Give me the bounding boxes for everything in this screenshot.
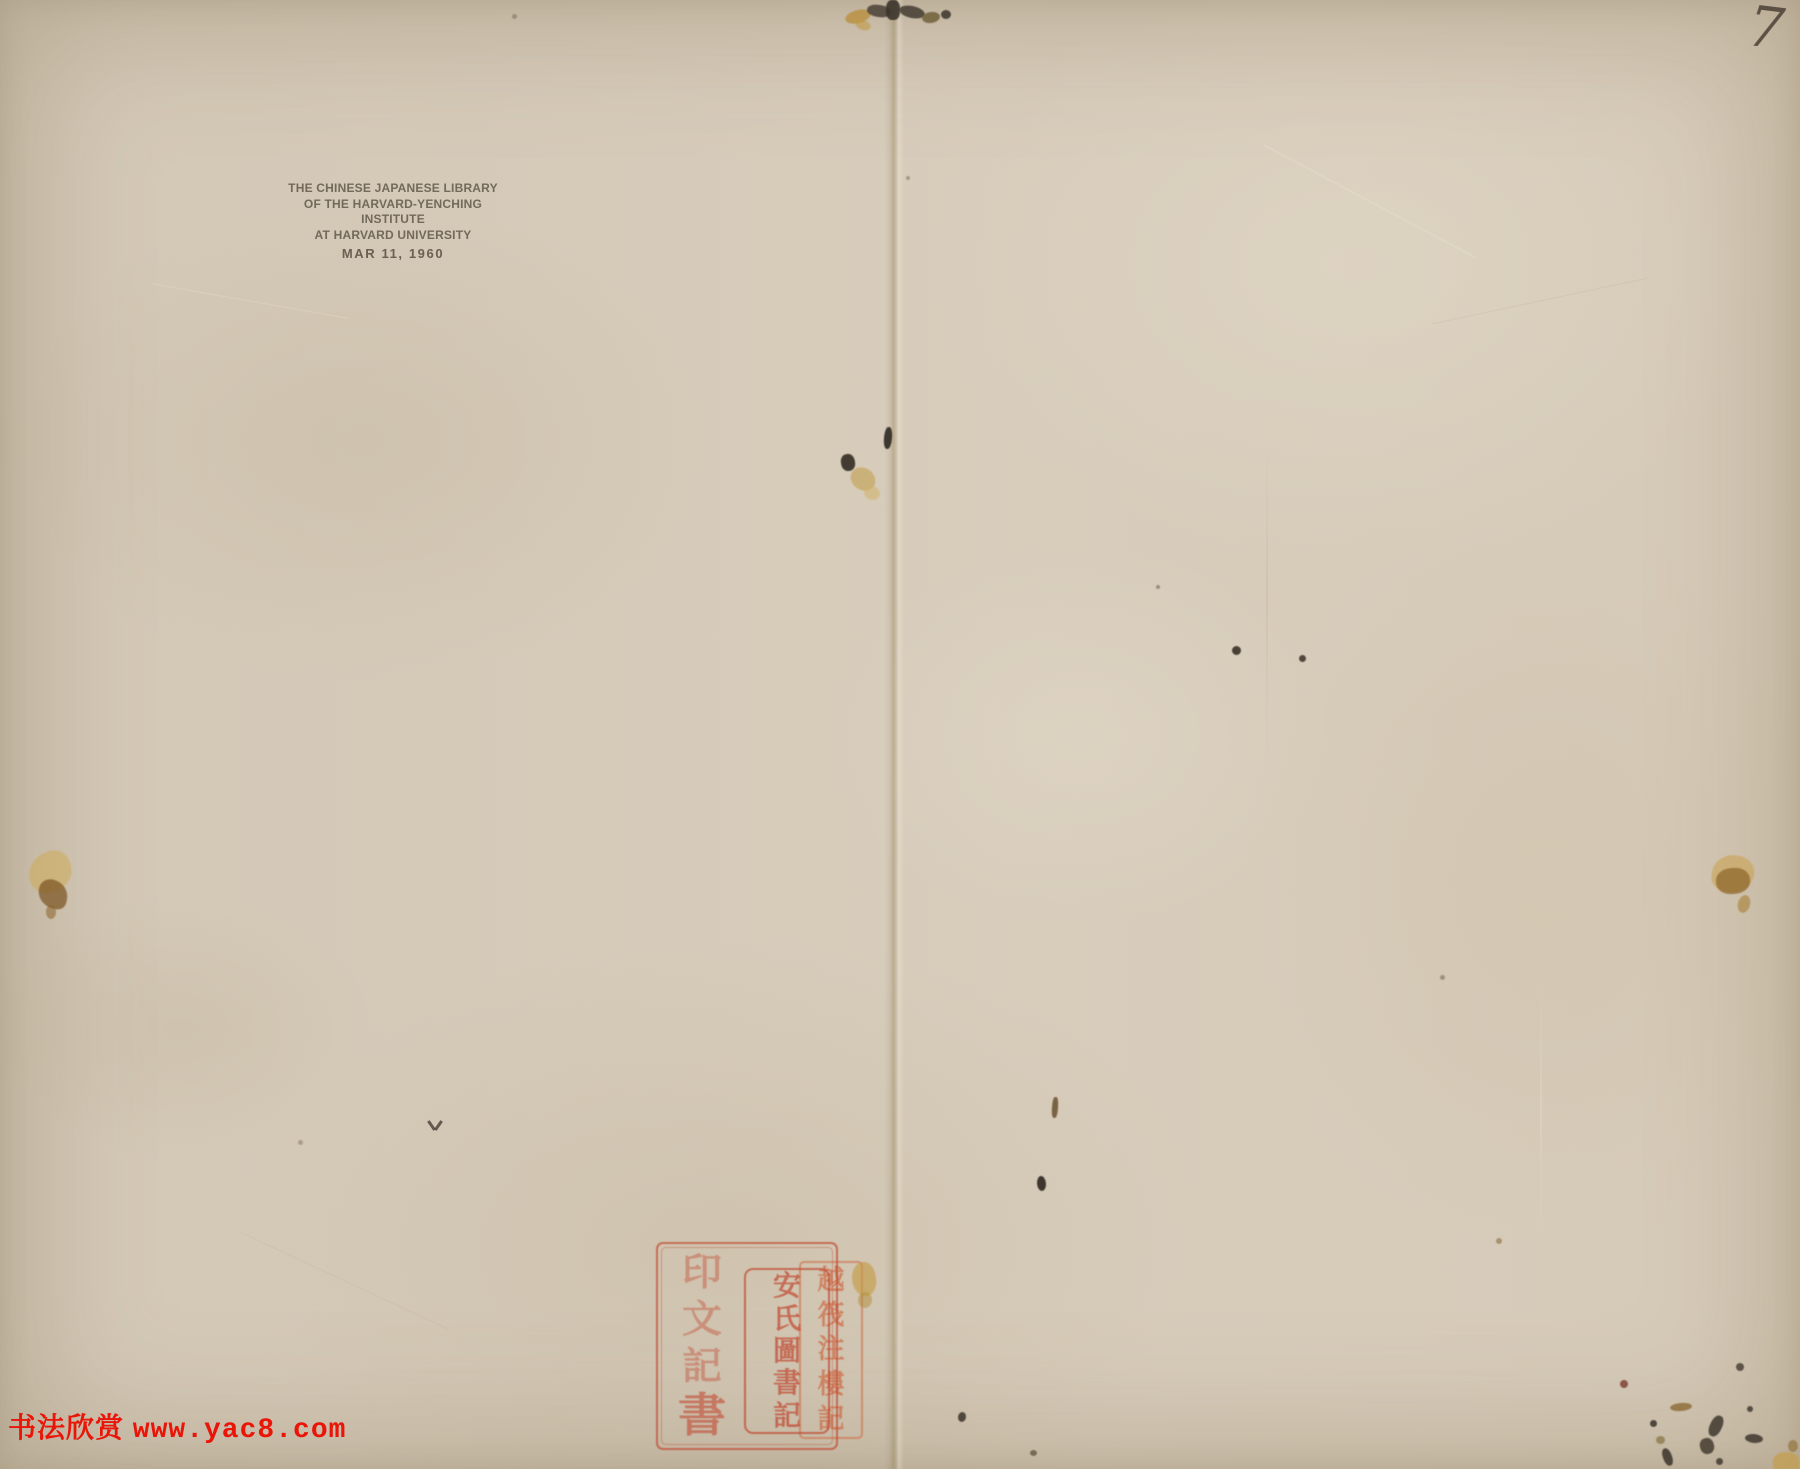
paper-stain [1496, 1238, 1502, 1244]
paper-stain [854, 18, 872, 33]
paper-stain [1715, 867, 1751, 896]
seal-character: 圖 [773, 1336, 801, 1366]
seal-character: 氏 [773, 1304, 801, 1334]
paper-stain [1670, 1402, 1693, 1412]
paper-stain [1620, 1380, 1628, 1388]
paper-stain [1051, 1097, 1058, 1118]
paper-stain [35, 877, 71, 912]
stamp-line-1: THE CHINESE JAPANESE LIBRARY [281, 181, 505, 197]
paper-stain [1656, 1436, 1665, 1444]
paper-stain [921, 11, 940, 24]
paper-stain [1156, 585, 1160, 589]
stamp-line-2: OF THE HARVARD-YENCHING INSTITUTE [281, 197, 505, 228]
paper-stain [1716, 1458, 1723, 1465]
paper-stain [46, 905, 56, 919]
paper-stain [298, 1140, 303, 1145]
library-stamp: THE CHINESE JAPANESE LIBRARY OF THE HARV… [281, 181, 505, 262]
paper-stain [1747, 1406, 1753, 1412]
seal-character: 記 [773, 1401, 801, 1431]
paper-stain [840, 453, 857, 472]
seal-character: 書 [773, 1368, 801, 1398]
paper-stain [941, 10, 951, 19]
paper-stain [512, 14, 517, 19]
stamp-date: MAR 11, 1960 [281, 246, 505, 262]
paper-stain [1736, 894, 1752, 914]
paper-stain [1698, 1436, 1716, 1455]
crease-line [1263, 144, 1476, 259]
pencil-check-mark [434, 1120, 443, 1131]
watermark-cjk-text: 书法欣赏 [8, 1411, 124, 1444]
crease-line [1266, 430, 1268, 770]
paper-stain [1036, 1176, 1046, 1192]
paper-stain [1745, 1433, 1764, 1444]
seal-left-column: 印文記書 [666, 1248, 738, 1441]
site-watermark: 书法欣赏 www.yac8.com [8, 1406, 346, 1446]
crease-line [1540, 980, 1542, 1240]
paper-stain [22, 846, 77, 899]
crease-line [151, 283, 348, 320]
page-fold-line [884, 0, 904, 1469]
paper-stain [844, 7, 872, 26]
paper-stain [846, 463, 880, 496]
paper-stain [957, 1411, 967, 1422]
paper-stain [1660, 1447, 1675, 1467]
seal-character: 安 [773, 1271, 801, 1301]
paper-stain [1706, 1413, 1726, 1438]
seal-character: 文 [664, 1295, 740, 1342]
paper-stain [1773, 1452, 1799, 1469]
paper-stain [1709, 852, 1757, 897]
paper-stain [1650, 1420, 1657, 1427]
paper-stain [862, 484, 882, 503]
paper-stain [1030, 1450, 1037, 1456]
paper-stain [1232, 646, 1241, 655]
seal-character: 印 [664, 1248, 740, 1295]
paper-stain [1788, 1440, 1798, 1452]
watermark-url-text: www.yac8.com [133, 1415, 347, 1446]
paper-stain [1299, 655, 1306, 662]
seal-character: 書 [664, 1389, 740, 1441]
scanned-book-page-spread: THE CHINESE JAPANESE LIBRARY OF THE HARV… [0, 0, 1800, 1469]
crease-line [240, 1231, 449, 1330]
crease-line [1432, 277, 1648, 325]
handwritten-page-number: 7 [1744, 0, 1787, 63]
paper-stain [906, 176, 910, 180]
paper-stain [1736, 1363, 1744, 1371]
collector-seal-large: 印文記書 安氏圖書記 [656, 1242, 838, 1450]
stamp-line-3: AT HARVARD UNIVERSITY [281, 228, 505, 244]
paper-stain [1440, 975, 1445, 980]
seal-inner-panel: 安氏圖書記 [744, 1268, 830, 1434]
seal-character: 記 [664, 1342, 740, 1389]
